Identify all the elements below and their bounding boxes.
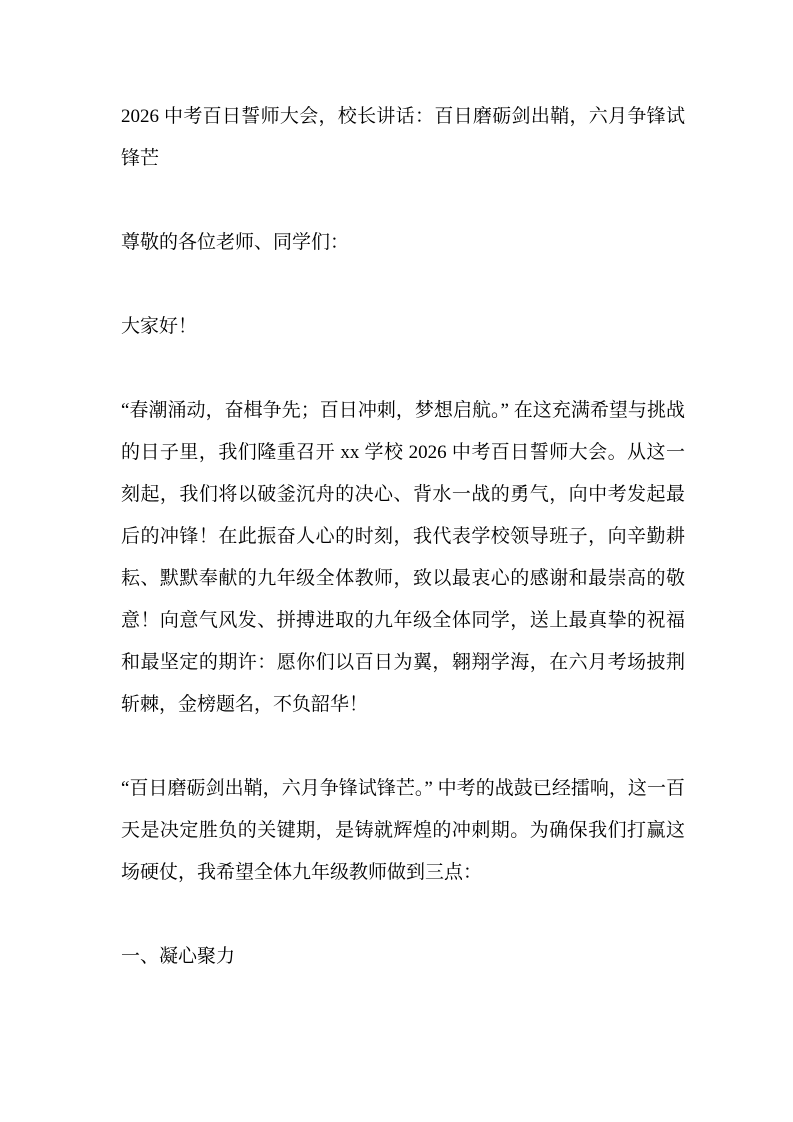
document-body: 2026 中考百日誓师大会，校长讲话：百日磨砺剑出鞘，六月争锋试锋芒 尊敬的各位… <box>121 96 685 978</box>
speech-paragraph-opening: “春潮涌动，奋楫争先；百日冲刺，梦想启航。” 在这充满希望与挑战的日子里，我们隆… <box>121 390 685 726</box>
greeting-line: 大家好！ <box>121 306 685 348</box>
speech-paragraph-mobilization: “百日磨砺剑出鞘，六月争锋试锋芒。” 中考的战鼓已经擂响，这一百天是决定胜负的关… <box>121 768 685 894</box>
section-heading-one: 一、凝心聚力 <box>121 936 685 978</box>
document-title: 2026 中考百日誓师大会，校长讲话：百日磨砺剑出鞘，六月争锋试锋芒 <box>121 96 685 180</box>
document-page: 2026 中考百日誓师大会，校长讲话：百日磨砺剑出鞘，六月争锋试锋芒 尊敬的各位… <box>0 0 793 1122</box>
salutation-line: 尊敬的各位老师、同学们： <box>121 222 685 264</box>
